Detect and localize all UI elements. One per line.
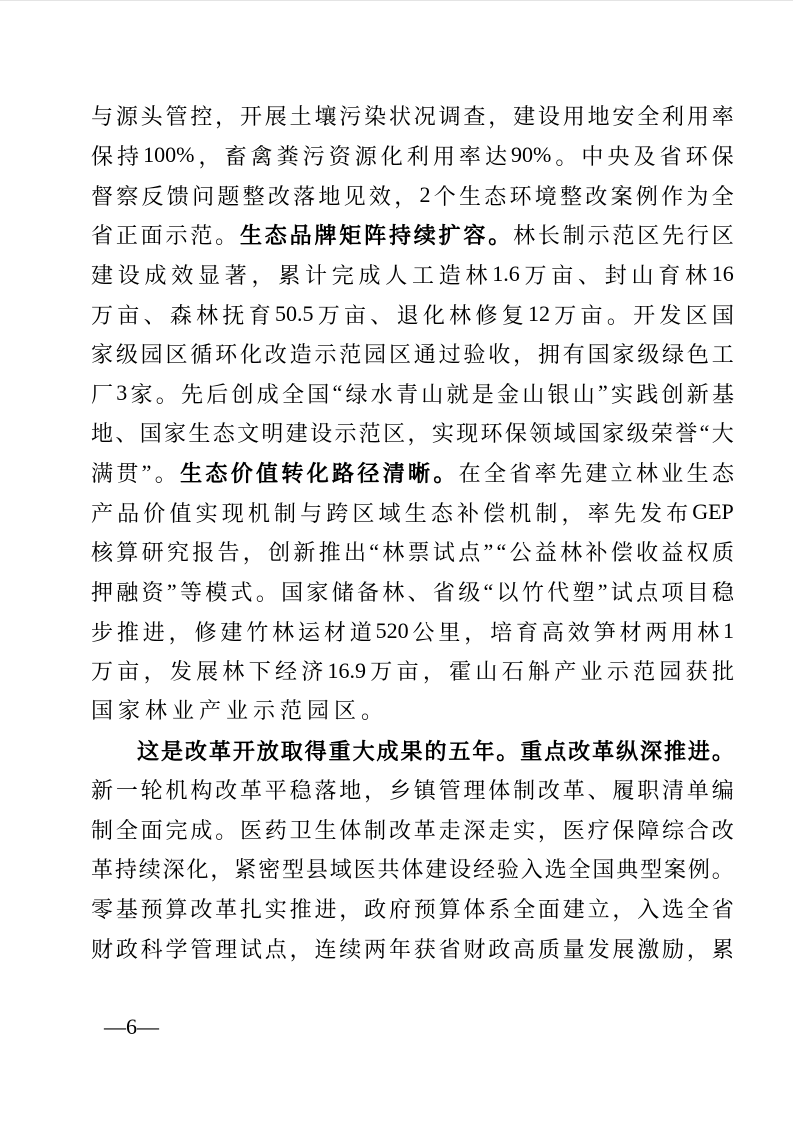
text-line: 万亩，发展林下经济16.9万亩，霍山石斛产业示范园获批 xyxy=(91,651,734,691)
body-char: 地 xyxy=(588,100,610,131)
body-char: 省 xyxy=(91,219,113,250)
body-char: 补 xyxy=(457,497,479,528)
body-char: 制 xyxy=(535,497,557,528)
body-char: 家 xyxy=(612,338,634,369)
body-char: 全 xyxy=(712,180,734,211)
body-char: 域 xyxy=(330,853,352,884)
body-char: 革 xyxy=(240,774,262,805)
body-char: 林 xyxy=(636,457,658,488)
body-char: 践 xyxy=(636,378,658,409)
body-char: 态 xyxy=(431,497,453,528)
body-char: 医 xyxy=(563,814,585,845)
body-char: 全 xyxy=(687,893,709,924)
body-char: 作 xyxy=(661,180,683,211)
body-char: 林 xyxy=(196,299,218,330)
body-char: 典 xyxy=(616,853,638,884)
body-char: 境 xyxy=(535,180,557,211)
text-line: 步推进，修建竹林运材道520公里，培育高效笋材两用林1 xyxy=(91,611,734,651)
text-line: 省正面示范。生态品牌矩阵持续扩容。林长制示范区先行区 xyxy=(91,215,734,255)
body-char: 告 xyxy=(217,536,239,567)
body-char: 态 xyxy=(213,417,235,448)
text-body: 与源头管控，开展土壤污染状况调查，建设用地安全利用率保持100%，畜禽粪污资源化… xyxy=(91,96,734,968)
body-char: 正 xyxy=(116,219,138,250)
body-char: 反 xyxy=(142,180,164,211)
body-char: 化 xyxy=(240,338,262,369)
body-char: 机 xyxy=(248,497,270,528)
body-char: 1.6 xyxy=(492,261,520,287)
body-char: 算 xyxy=(116,536,138,567)
body-char: 经 xyxy=(473,853,495,884)
text-line: 这是改革开放取得重大成果的五年。重点改革纵深推进。 xyxy=(91,730,734,770)
emphasis-char: 化 xyxy=(307,457,329,488)
body-char: 林 xyxy=(382,576,404,607)
body-char: 职 xyxy=(637,774,659,805)
body-char: 公 xyxy=(412,616,434,647)
body-char: 偿 xyxy=(611,536,633,567)
body-char: 亩 xyxy=(117,299,139,330)
body-char: 点 xyxy=(265,933,287,964)
body-char: 区 xyxy=(383,417,405,448)
body-char: 后 xyxy=(206,378,228,409)
body-char: ， xyxy=(290,933,312,964)
body-char: 域 xyxy=(554,417,576,448)
body-char: ， xyxy=(169,616,191,647)
body-char: 。 xyxy=(607,299,629,330)
body-char: 利 xyxy=(662,100,684,131)
body-char: 霍 xyxy=(449,655,471,686)
body-char: 著 xyxy=(225,259,247,290)
text-line: 地、国家生态文明建设示范区，实现环保领域国家级荣誉“大 xyxy=(91,413,734,453)
body-char: 化 xyxy=(423,299,445,330)
body-char: 。 xyxy=(215,814,237,845)
emphasis-char: 年 xyxy=(472,735,494,766)
body-char: 文 xyxy=(237,417,259,448)
emphasis-char: 。 xyxy=(712,735,734,766)
body-char: 改 xyxy=(712,814,734,845)
body-char: 效 xyxy=(171,259,193,290)
body-char: 园 xyxy=(141,338,163,369)
text-line: 与源头管控，开展土壤污染状况调查，建设用地安全利用率 xyxy=(91,96,734,136)
text-line: 零基预算改革扎实推进，政府预算体系全面建立，入选全省 xyxy=(91,889,734,929)
text-line: 督察反馈问题整改落地见效，2个生态环境整改案例作为全 xyxy=(91,175,734,215)
body-char: 范 xyxy=(633,655,655,686)
body-char: 综 xyxy=(662,814,684,845)
body-char: 进 xyxy=(143,616,165,647)
body-char: “ xyxy=(484,579,494,605)
body-char: 续 xyxy=(139,853,161,884)
body-char: 示 xyxy=(607,655,629,686)
body-char: 革 xyxy=(563,774,585,805)
body-char: 案 xyxy=(664,853,686,884)
body-char: 状 xyxy=(389,100,411,131)
body-char: 算 xyxy=(165,893,187,924)
body-char: 进 xyxy=(314,893,336,924)
body-char: 值 xyxy=(169,497,191,528)
body-char: 下 xyxy=(249,655,271,686)
body-char: 利 xyxy=(407,140,429,171)
emphasis-char: 取 xyxy=(281,735,303,766)
body-char: ， xyxy=(243,536,265,567)
body-char: 及 xyxy=(634,140,656,171)
body-char: 全 xyxy=(513,893,535,924)
body-char: 零 xyxy=(91,893,113,924)
body-char: 。 xyxy=(712,853,734,884)
body-char: 级 xyxy=(458,576,480,607)
body-char: 出 xyxy=(344,536,366,567)
body-char: ， xyxy=(538,814,560,845)
emphasis-char: 持 xyxy=(389,219,411,250)
emphasis-char: 果 xyxy=(400,735,422,766)
body-char: 政 xyxy=(116,933,138,964)
body-char: 。 xyxy=(155,457,177,488)
emphasis-char: 转 xyxy=(281,457,303,488)
body-char: 走 xyxy=(488,814,510,845)
body-char: 备 xyxy=(357,576,379,607)
body-char: ， xyxy=(210,853,232,884)
body-char: 培 xyxy=(490,616,512,647)
emphasis-char: 改 xyxy=(568,735,590,766)
body-char: 改 xyxy=(585,180,607,211)
body-char: 、 xyxy=(115,417,137,448)
text-line: 押融资”等模式。国家储备林、省级“以竹代塑”试点项目稳 xyxy=(91,572,734,612)
body-char: “ xyxy=(369,539,379,565)
body-char: 50.5 xyxy=(275,301,314,327)
body-char: 污 xyxy=(339,100,361,131)
body-char: 成 xyxy=(145,259,167,290)
body-char: 调 xyxy=(439,100,461,131)
body-char: 生 xyxy=(188,417,210,448)
body-char: 范 xyxy=(190,219,212,250)
body-char: 建 xyxy=(563,893,585,924)
body-char: 示 xyxy=(165,219,187,250)
body-char: ” xyxy=(484,539,494,565)
body-char: ， xyxy=(144,655,166,686)
document-page: 与源头管控，开展土壤污染状况调查，建设用地安全利用率保持100%，畜禽粪污资源化… xyxy=(0,0,793,1122)
body-char: 履 xyxy=(612,774,634,805)
body-char: 通 xyxy=(414,338,436,369)
body-char: 个 xyxy=(434,180,456,211)
body-char: 府 xyxy=(389,893,411,924)
emphasis-char: 放 xyxy=(257,735,279,766)
text-line: 核算研究报告，创新推出“林票试点”“公益林补偿收益权质 xyxy=(91,532,734,572)
body-char: 示 xyxy=(334,417,356,448)
body-char: 益 xyxy=(661,536,683,567)
body-char: 持 xyxy=(115,853,137,884)
body-char: 级 xyxy=(627,417,649,448)
body-char: 紧 xyxy=(234,853,256,884)
body-char: 、 xyxy=(588,774,610,805)
body-char: 用 xyxy=(687,100,709,131)
body-char: 产 xyxy=(91,497,113,528)
body-char: 一 xyxy=(116,774,138,805)
body-char: 山 xyxy=(475,655,497,686)
body-char: 究 xyxy=(167,536,189,567)
body-char: 2 xyxy=(419,182,430,208)
body-char: 项 xyxy=(661,576,683,607)
body-char: 明 xyxy=(261,417,283,448)
body-char: 制 xyxy=(513,774,535,805)
body-char: 验 xyxy=(497,853,519,884)
body-char: 520 xyxy=(376,618,409,644)
emphasis-char: 阵 xyxy=(364,219,386,250)
body-char: 机 xyxy=(165,774,187,805)
body-char: 药 xyxy=(265,814,287,845)
body-char: 率 xyxy=(459,140,481,171)
body-char: 理 xyxy=(215,933,237,964)
body-char: 激 xyxy=(637,933,659,964)
body-char: 是 xyxy=(472,378,494,409)
body-char: 复 xyxy=(502,299,524,330)
body-char: 效 xyxy=(568,616,590,647)
body-char: 区 xyxy=(686,299,708,330)
body-char: 先 xyxy=(614,497,636,528)
text-line: 满贯”。生态价值转化路径清晰。在全省率先建立林业生态 xyxy=(91,453,734,493)
body-char: 察 xyxy=(116,180,138,211)
text-line: 制全面完成。医药卫生体制改革走深走实，医疗保障综合改 xyxy=(91,810,734,850)
body-char: 林 xyxy=(466,259,488,290)
body-char: ， xyxy=(394,180,416,211)
body-char: 畜 xyxy=(225,140,247,171)
body-char: 生 xyxy=(405,497,427,528)
body-char: 押 xyxy=(91,576,113,607)
body-char: 亩 xyxy=(117,655,139,686)
body-char: 验 xyxy=(463,338,485,369)
body-char: 先 xyxy=(560,457,582,488)
body-char: 林 xyxy=(685,259,707,290)
body-char: ” xyxy=(598,380,608,406)
body-char: 学 xyxy=(165,933,187,964)
body-char: 况 xyxy=(414,100,436,131)
body-char: 融 xyxy=(116,576,138,607)
body-char: 单 xyxy=(687,774,709,805)
body-char: 累 xyxy=(712,933,734,964)
body-char: 过 xyxy=(439,338,461,369)
body-char: 票 xyxy=(408,536,430,567)
body-char: 问 xyxy=(192,180,214,211)
emphasis-char: 容 xyxy=(463,219,485,250)
body-char: 家 xyxy=(602,417,624,448)
body-char: 与 xyxy=(91,100,113,131)
body-char: 林 xyxy=(697,616,719,647)
body-char: ” xyxy=(598,579,608,605)
body-char: 试 xyxy=(611,576,633,607)
body-char: 12 xyxy=(528,301,550,327)
emphasis-char: 这 xyxy=(137,735,159,766)
body-char: 见 xyxy=(344,180,366,211)
emphasis-char: 矩 xyxy=(339,219,361,250)
body-char: 亩 xyxy=(344,299,366,330)
body-char: “ xyxy=(332,380,342,406)
body-char: 展 xyxy=(196,655,218,686)
emphasis-char: 态 xyxy=(265,219,287,250)
body-char: 推 xyxy=(117,616,139,647)
body-char: 行 xyxy=(687,219,709,250)
body-char: 。 xyxy=(215,219,237,250)
body-char: 新 xyxy=(687,378,709,409)
body-char: 全 xyxy=(116,814,138,845)
emphasis-char: 续 xyxy=(414,219,436,250)
body-char: 补 xyxy=(585,536,607,567)
body-char: 区 xyxy=(165,338,187,369)
body-char: 保 xyxy=(612,814,634,845)
body-char: 成 xyxy=(359,259,381,290)
body-char: 面 xyxy=(141,219,163,250)
body-char: 满 xyxy=(91,457,113,488)
text-line: 家级园区循环化改造示范园区通过验收，拥有国家级绿色工 xyxy=(91,334,734,374)
body-char: 全 xyxy=(282,378,304,409)
body-char: 督 xyxy=(91,180,113,211)
emphasis-char: 品 xyxy=(290,219,312,250)
body-char: 选 xyxy=(545,853,567,884)
emphasis-char: 革 xyxy=(592,735,614,766)
body-char: 稳 xyxy=(290,774,312,805)
emphasis-char: 牌 xyxy=(314,219,336,250)
body-char: 效 xyxy=(369,180,391,211)
body-char: 生 xyxy=(459,180,481,211)
body-char: 改 xyxy=(215,774,237,805)
body-char: 乡 xyxy=(389,774,411,805)
body-char: 山 xyxy=(631,259,653,290)
body-char: 拥 xyxy=(538,338,560,369)
body-char: 色 xyxy=(687,338,709,369)
body-char: 保 xyxy=(505,417,527,448)
body-char: 环 xyxy=(686,140,708,171)
body-char: 用 xyxy=(563,100,585,131)
body-char: 质 xyxy=(538,933,560,964)
body-char: 产 xyxy=(554,655,576,686)
body-char: 两 xyxy=(364,933,386,964)
emphasis-char: 五 xyxy=(448,735,470,766)
body-char: 持 xyxy=(117,140,139,171)
emphasis-char: 态 xyxy=(205,457,227,488)
body-char: 制 xyxy=(364,814,386,845)
emphasis-char: 重 xyxy=(329,735,351,766)
body-char: 步 xyxy=(91,616,113,647)
body-char: 16.9 xyxy=(328,658,367,684)
emphasis-char: 成 xyxy=(377,735,399,766)
body-char: 山 xyxy=(573,378,595,409)
body-char: 建 xyxy=(91,259,113,290)
body-char: 轮 xyxy=(141,774,163,805)
text-line: 建设成效显著，累计完成人工造林1.6万亩、封山育林16 xyxy=(91,255,734,295)
emphasis-char: 进 xyxy=(688,735,710,766)
body-char: 新 xyxy=(293,536,315,567)
body-char: 编 xyxy=(712,774,734,805)
body-char: 示 xyxy=(588,219,610,250)
body-char: 镇 xyxy=(414,774,436,805)
body-char: 试 xyxy=(433,536,455,567)
body-char: 林 xyxy=(382,536,404,567)
body-char: 万 xyxy=(524,259,546,290)
body-char: 森 xyxy=(170,299,192,330)
body-char: 青 xyxy=(396,378,418,409)
body-char: 设 xyxy=(310,417,332,448)
body-char: 万 xyxy=(91,655,113,686)
body-char: 管 xyxy=(165,100,187,131)
body-char: 万 xyxy=(318,299,340,330)
body-char: 预 xyxy=(141,893,163,924)
body-char: 价 xyxy=(143,497,165,528)
body-char: 成 xyxy=(257,378,279,409)
body-char: 题 xyxy=(217,180,239,211)
emphasis-char: 得 xyxy=(305,735,327,766)
body-char: 革 xyxy=(414,814,436,845)
body-char: 率 xyxy=(588,497,610,528)
text-line: 产品价值实现机制与跨区域生态补偿机制，率先发布GEP xyxy=(91,492,734,532)
body-char: 财 xyxy=(91,933,113,964)
body-char: ， xyxy=(687,933,709,964)
body-char: 育 xyxy=(658,259,680,290)
text-line: 保持100%，畜禽粪污资源化利用率达90%。中央及省环保 xyxy=(91,136,734,176)
body-char: 型 xyxy=(282,853,304,884)
body-char: 改 xyxy=(389,814,411,845)
body-char: 改 xyxy=(265,338,287,369)
body-char: 获 xyxy=(686,655,708,686)
body-char: 建 xyxy=(286,417,308,448)
body-char: 资 xyxy=(142,576,164,607)
body-char: 体 xyxy=(401,853,423,884)
body-char: ， xyxy=(464,616,486,647)
body-char: 研 xyxy=(142,536,164,567)
body-char: 林 xyxy=(513,219,535,250)
body-char: 园 xyxy=(364,338,386,369)
body-char: 控 xyxy=(190,100,212,131)
body-char: 染 xyxy=(364,100,386,131)
body-char: 收 xyxy=(636,536,658,567)
emphasis-char: 是 xyxy=(161,735,183,766)
emphasis-char: 开 xyxy=(233,735,255,766)
body-char: 报 xyxy=(192,536,214,567)
body-char: 建 xyxy=(585,457,607,488)
body-char: 地 xyxy=(91,417,113,448)
body-char: 型 xyxy=(640,853,662,884)
body-char: 省 xyxy=(509,457,531,488)
body-char: 扎 xyxy=(240,893,262,924)
emphasis-char: 扩 xyxy=(439,219,461,250)
body-char: 水 xyxy=(371,378,393,409)
body-char: 、 xyxy=(144,299,166,330)
body-char: 国 xyxy=(578,417,600,448)
body-char: 共 xyxy=(378,853,400,884)
body-char: 入 xyxy=(521,853,543,884)
body-char: 环 xyxy=(510,180,532,211)
body-char: 开 xyxy=(633,299,655,330)
body-char: 新 xyxy=(91,774,113,805)
body-char: 目 xyxy=(687,576,709,607)
body-char: 山 xyxy=(421,378,443,409)
body-char: 代 xyxy=(547,576,569,607)
body-char: ， xyxy=(215,100,237,131)
body-char: 禽 xyxy=(251,140,273,171)
emphasis-char: 纵 xyxy=(616,735,638,766)
body-char: 疗 xyxy=(588,814,610,845)
body-char: 展 xyxy=(265,100,287,131)
body-char: 深 xyxy=(163,853,185,884)
body-char: 贯 xyxy=(116,457,138,488)
body-char: 环 xyxy=(215,338,237,369)
body-char: 清 xyxy=(662,774,684,805)
body-char: 有 xyxy=(563,338,585,369)
body-char: 绿 xyxy=(345,378,367,409)
body-char: 落 xyxy=(314,774,336,805)
body-char: 立 xyxy=(611,457,633,488)
body-char: 高 xyxy=(513,933,535,964)
emphasis-char: 生 xyxy=(240,219,262,250)
body-char: 国 xyxy=(592,853,614,884)
body-char: 16 xyxy=(712,261,734,287)
body-char: 。 xyxy=(256,576,278,607)
body-char: “ xyxy=(700,420,710,446)
